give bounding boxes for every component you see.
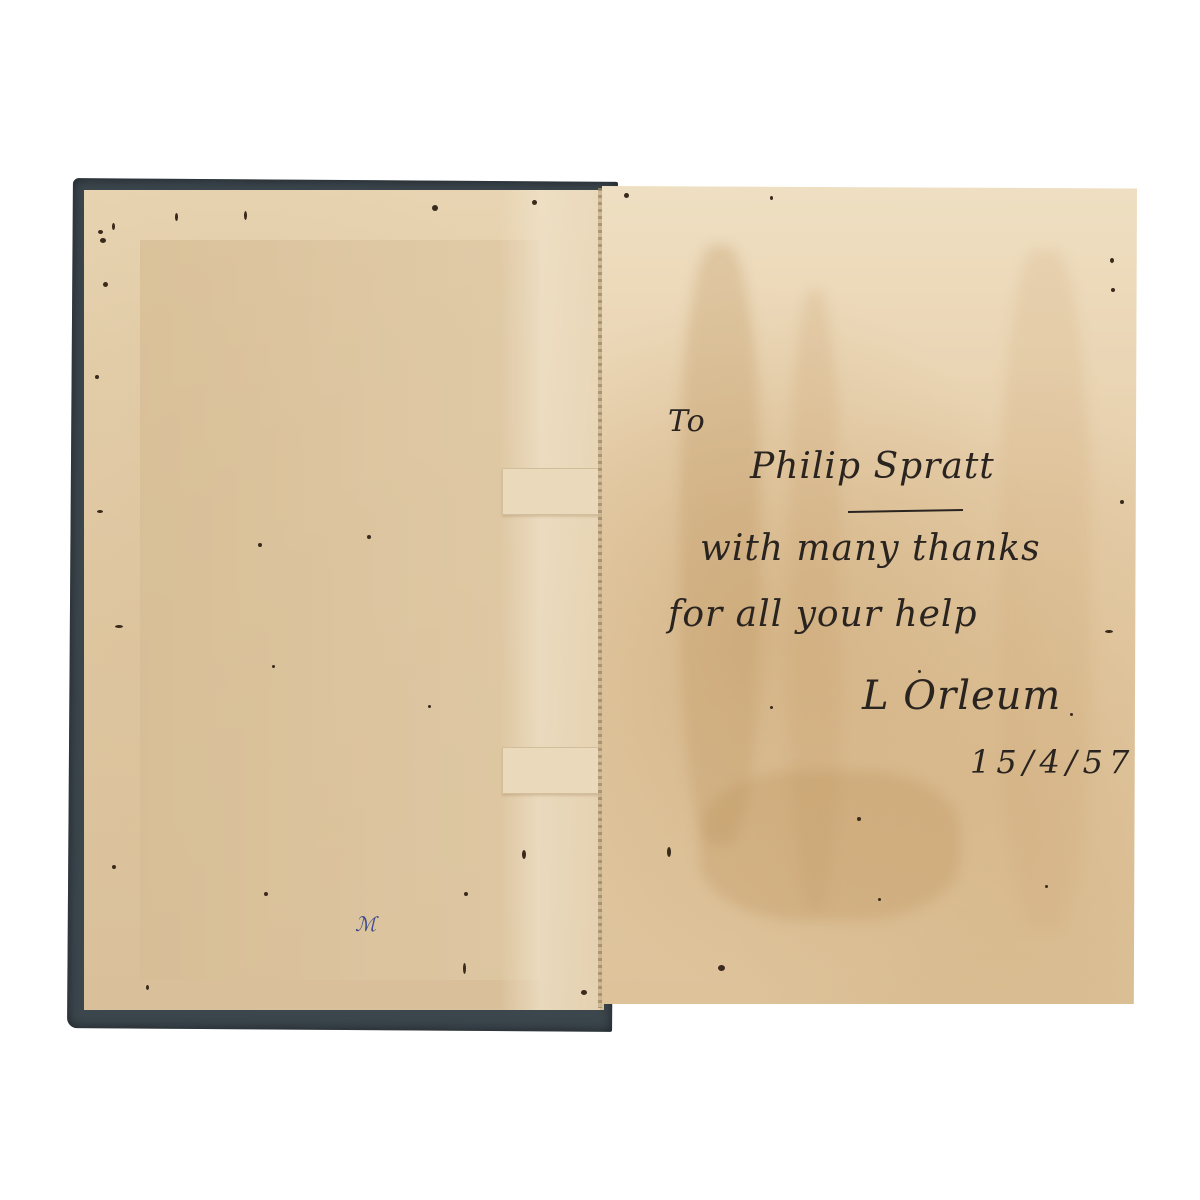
water-stain [700,770,960,920]
inscription-line-1: with many thanks [700,528,1041,569]
inscription-recipient: Philip Spratt [750,446,995,487]
pencil-mark: ℳ [355,912,376,936]
inscription-date: 15/4/57 [970,743,1135,781]
left-page-offset-stain [140,240,540,980]
spine-gutter [598,188,602,1008]
inscription-salutation: To [668,404,706,439]
water-stain [1000,250,1090,930]
inscription-signature: L Orleum [862,673,1061,719]
inscription-line-2: for all your help [668,594,977,635]
open-book: To Philip Spratt with many thanks for al… [0,0,1200,1200]
hinge-strip [500,190,600,1010]
